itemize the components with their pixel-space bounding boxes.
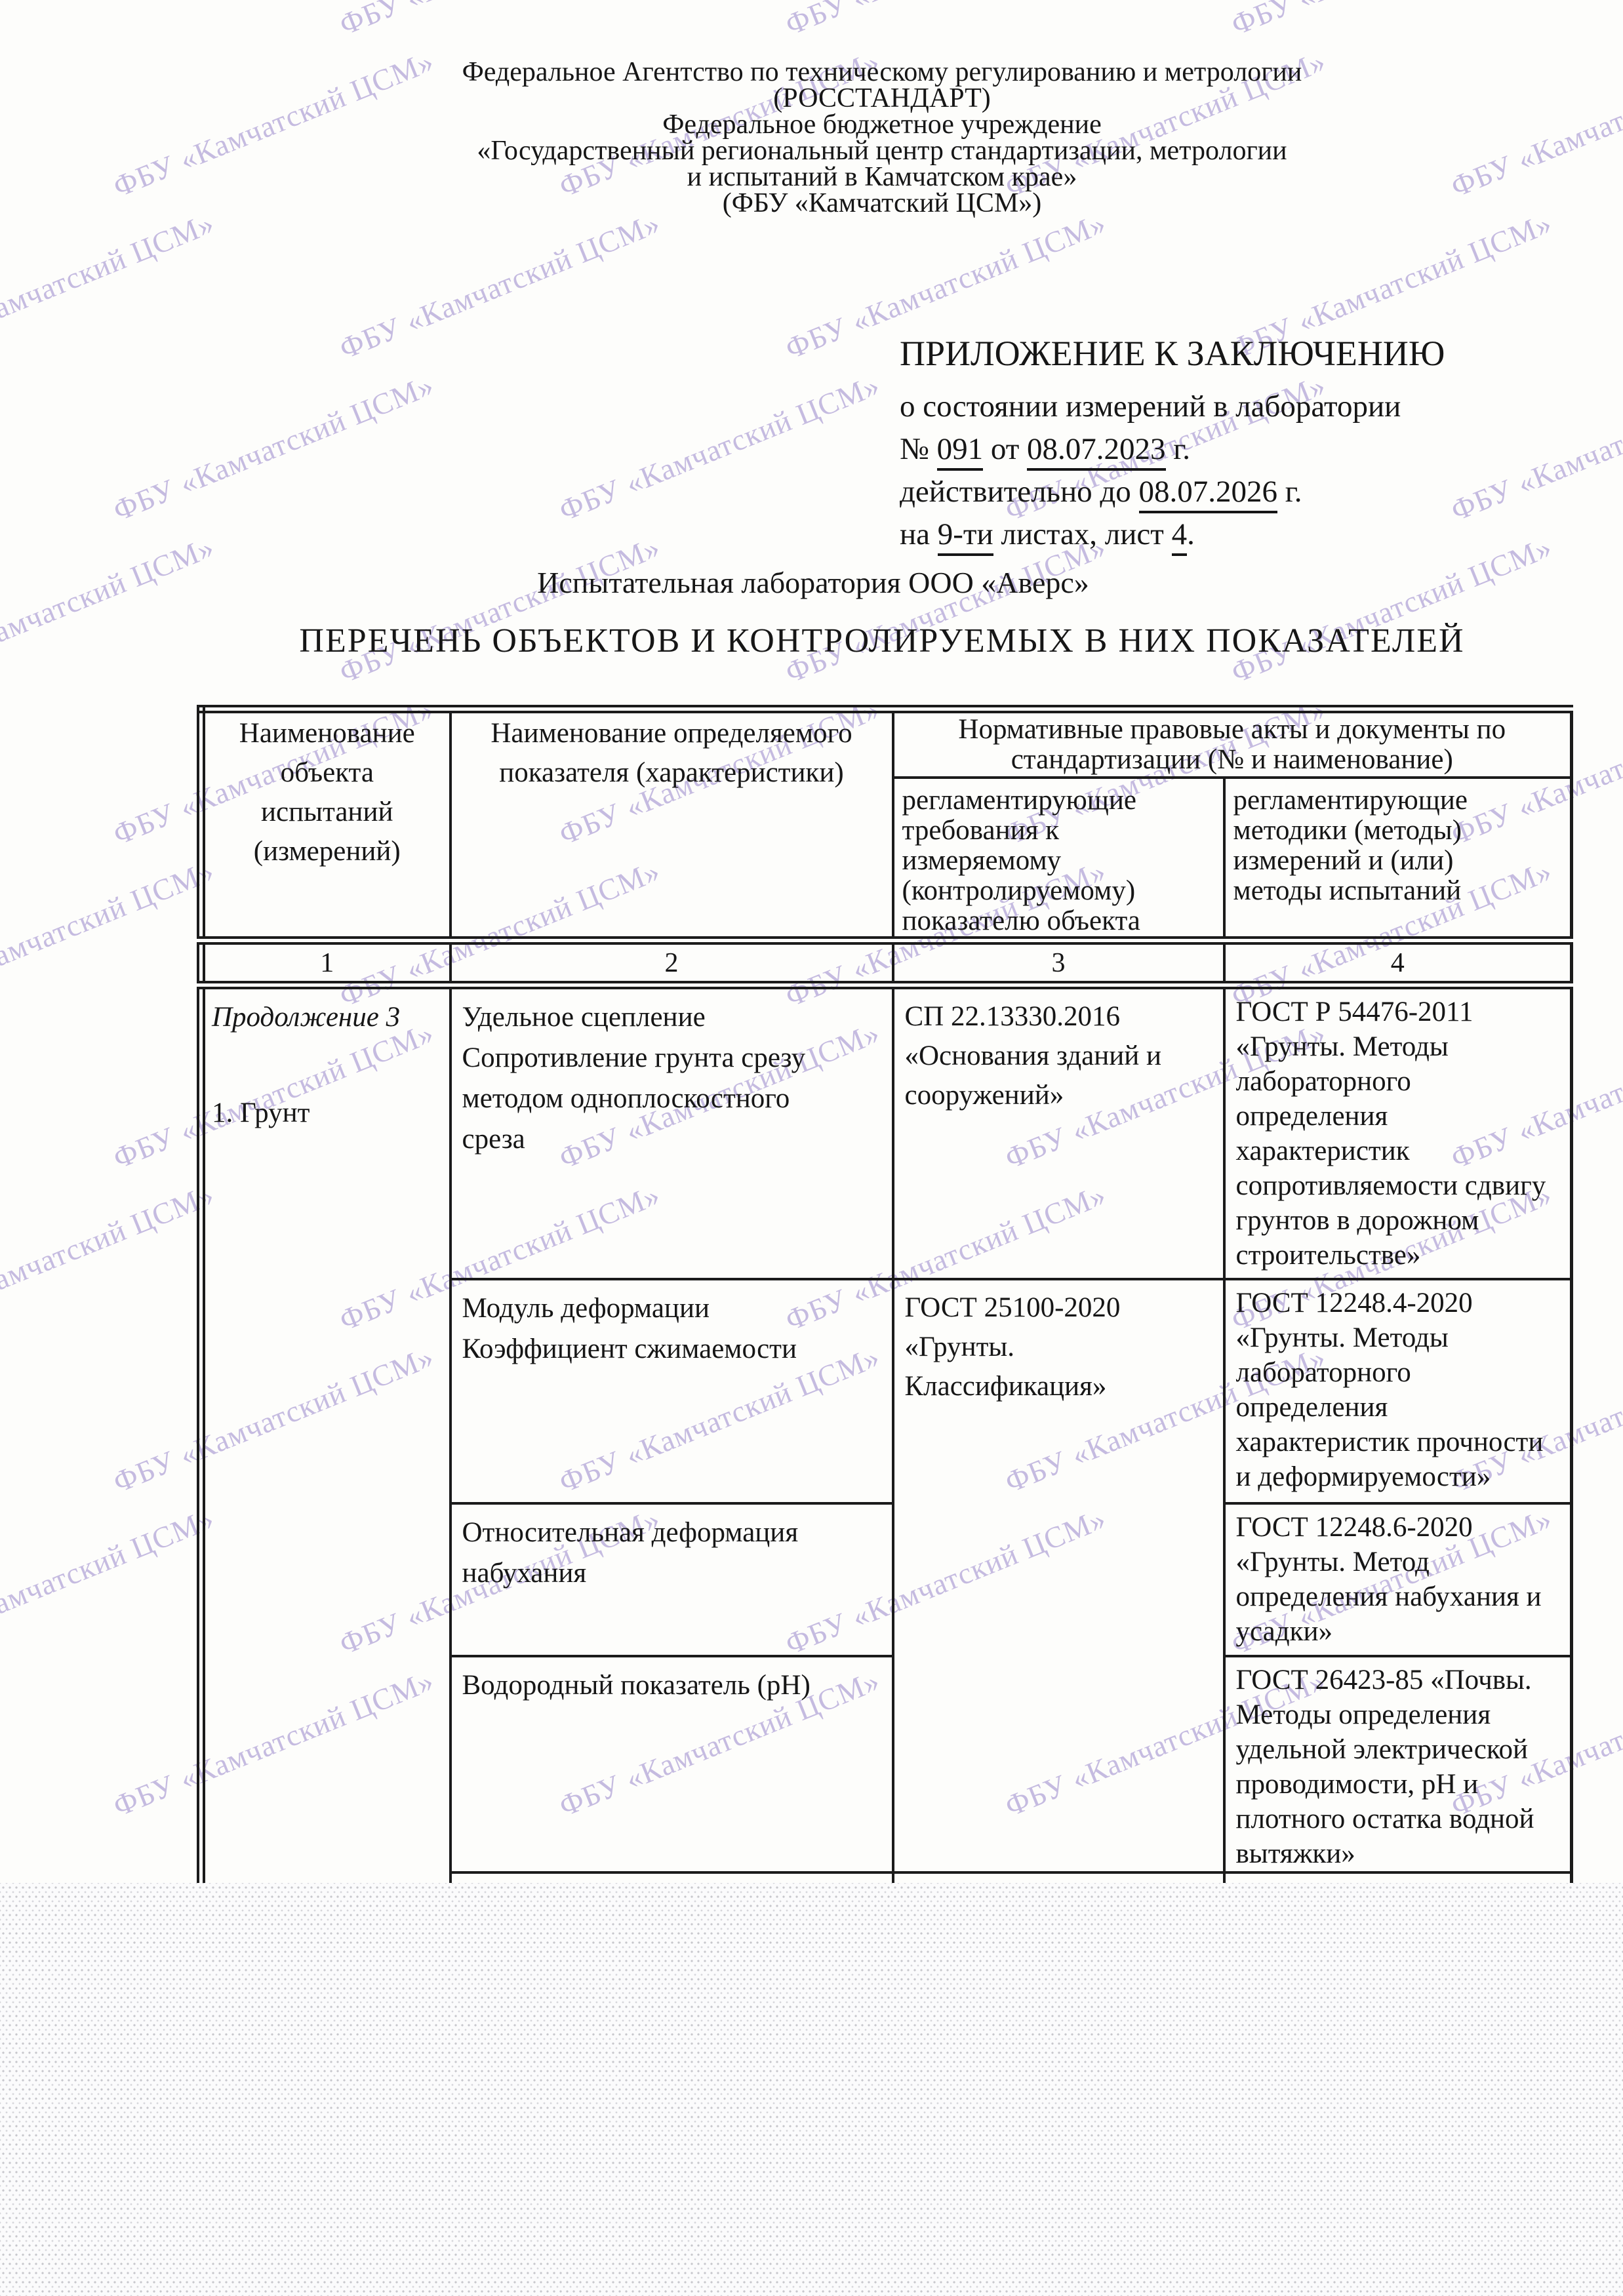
watermark-text: ФБУ «Камчатский ЦСМ» — [780, 0, 1111, 42]
column-number-2: 2 — [451, 941, 893, 985]
org-header-line-1: Федеральное Агентство по техническому ре… — [197, 59, 1567, 85]
annex-number-middle: от — [983, 432, 1027, 466]
column-number-3: 3 — [893, 941, 1224, 985]
annex-subtitle: о состоянии измерений в лаборатории — [900, 386, 1555, 428]
annex-sheets-suffix: . — [1187, 517, 1195, 551]
annex-sheets-line: на 9-ти листах, лист 4. — [900, 513, 1555, 556]
indicator-cell-row5: Хлорид-ион — [451, 1872, 893, 1884]
indicator-cell-row4: Водородный показатель (pH) — [451, 1656, 893, 1872]
indicators-table: Наименование объекта испытаний (измерени… — [197, 705, 1573, 1883]
org-header-line-5: и испытаний в Камчатском крае» — [197, 164, 1567, 190]
watermark-text: ФБУ «Камчатский ЦСМ» — [0, 0, 219, 42]
annex-number-line: № 091 от 08.07.2023 г. — [900, 428, 1555, 471]
laboratory-name: Испытательная лаборатория ООО «Аверс» — [197, 565, 1430, 600]
document-page: ФБУ «Камчатский ЦСМ»ФБУ «Камчатский ЦСМ»… — [0, 0, 1623, 1883]
method-cell-row3: ГОСТ 12248.6-2020 «Грунты. Метод определ… — [1224, 1503, 1572, 1656]
method-cell-row1: ГОСТ Р 54476-2011 «Грунты. Методы лабора… — [1224, 985, 1572, 1279]
annex-number-prefix: № — [900, 432, 937, 466]
annex-sheets-middle: листах, лист — [993, 517, 1172, 551]
watermark-text: ФБУ «Камчатский ЦСМ» — [0, 529, 219, 690]
continuation-note: Продолжение 3 — [212, 997, 445, 1038]
requirement-cell-row2: ГОСТ 25100-2020 «Грунты. Классификация» — [893, 1279, 1224, 1872]
annex-valid-suffix: г. — [1277, 475, 1302, 509]
header-methods-column: регламентирующие методики (методы) измер… — [1224, 778, 1572, 941]
org-header-line-6: (ФБУ «Камчатский ЦСМ») — [197, 190, 1567, 216]
method-cell-row5: ГОСТ 26425-85 «Почвы. — [1224, 1872, 1572, 1884]
annex-valid-prefix: действительно до — [900, 475, 1139, 509]
org-header: Федеральное Агентство по техническому ре… — [197, 59, 1567, 216]
annex-block: ПРИЛОЖЕНИЕ К ЗАКЛЮЧЕНИЮ о состоянии изме… — [900, 333, 1555, 556]
method-cell-row4: ГОСТ 26423-85 «Почвы. Методы определения… — [1224, 1656, 1572, 1872]
indicator-cell-row3: Относительная деформация набухания — [451, 1503, 893, 1656]
org-header-line-4: «Государственный региональный центр стан… — [197, 138, 1567, 164]
requirement-cell-row1: СП 22.13330.2016 «Основания зданий и соо… — [893, 985, 1224, 1279]
watermark-text: ФБУ «Камчатский ЦСМ» — [108, 367, 439, 528]
sheet-number: 4 — [1172, 517, 1188, 556]
conclusion-number: 091 — [937, 432, 984, 471]
table-title: ПЕРЕЧЕНЬ ОБЪЕКТОВ И КОНТРОЛИРУЕМЫХ В НИХ… — [197, 622, 1567, 660]
watermark-text: ФБУ «Камчатский ЦСМ» — [0, 205, 219, 366]
header-normative-span: Нормативные правовые акты и документы по… — [893, 709, 1572, 778]
object-cell: Продолжение 3 1. Грунт — [201, 985, 451, 1884]
scanner-background-texture — [0, 1883, 1623, 2296]
header-object-column: Наименование объекта испытаний (измерени… — [201, 709, 451, 941]
org-header-line-2: (РОССТАНДАРТ) — [197, 85, 1567, 111]
column-number-4: 4 — [1224, 941, 1572, 985]
valid-until-date: 08.07.2026 — [1139, 475, 1278, 513]
watermark-text: ФБУ «Камчатский ЦСМ» — [554, 367, 885, 528]
indicator-cell-row2: Модуль деформации Коэффициент сжимаемост… — [451, 1279, 893, 1503]
watermark-text: ФБУ «Камчатский ЦСМ» — [334, 0, 665, 42]
header-requirements-column: регламентирующие требования к измеряемом… — [893, 778, 1224, 941]
indicator-cell-row1: Удельное сцепление Сопротивление грунта … — [451, 985, 893, 1279]
watermark-text: ФБУ «Камчатский ЦСМ» — [0, 1177, 219, 1337]
method-cell-row2: ГОСТ 12248.4-2020 «Грунты. Методы лабора… — [1224, 1279, 1572, 1503]
watermark-text: ФБУ «Камчатский ЦСМ» — [1226, 0, 1557, 42]
watermark-text: ФБУ «Камчатский ЦСМ» — [0, 1501, 219, 1661]
sheets-count: 9-ти — [938, 517, 993, 556]
annex-title: ПРИЛОЖЕНИЕ К ЗАКЛЮЧЕНИЮ — [900, 333, 1555, 374]
requirement-cell-row5: СП 28.13330.2017 — [893, 1872, 1224, 1884]
column-number-1: 1 — [201, 941, 451, 985]
watermark-text: ФБУ «Камчатский ЦСМ» — [0, 853, 219, 1014]
object-name: 1. Грунт — [212, 1093, 445, 1134]
watermark-text: ФБУ «Камчатский ЦСМ» — [334, 205, 665, 366]
header-indicator-column: Наименование определяемого показателя (х… — [451, 709, 893, 941]
annex-sheets-prefix: на — [900, 517, 938, 551]
annex-number-suffix: г. — [1166, 432, 1190, 466]
watermark-text: ФБУ «Камчатский ЦСМ» — [334, 529, 665, 690]
org-header-line-3: Федеральное бюджетное учреждение — [197, 111, 1567, 138]
scanned-document: ФБУ «Камчатский ЦСМ»ФБУ «Камчатский ЦСМ»… — [0, 0, 1623, 2296]
annex-valid-line: действительно до 08.07.2026 г. — [900, 471, 1555, 513]
conclusion-date: 08.07.2023 — [1027, 432, 1166, 471]
